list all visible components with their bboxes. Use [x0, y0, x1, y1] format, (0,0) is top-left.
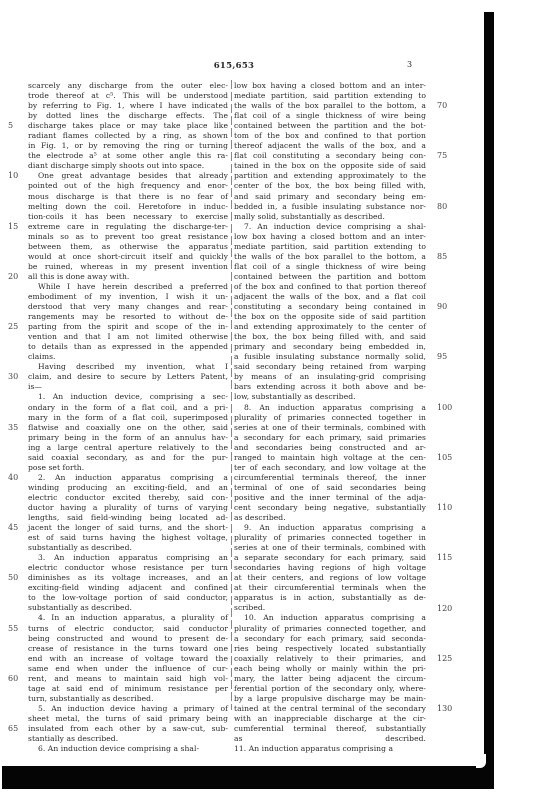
text-line: a separate secondary for each primary, s…: [234, 553, 426, 563]
text-line: electric conductor excited thereby, said…: [28, 493, 228, 503]
text-line: ing a large central aperture relatively …: [28, 443, 228, 453]
text-line: ter of each secondary, and low voltage a…: [234, 463, 426, 473]
text-line: primary being in the form of an annulus …: [28, 433, 228, 443]
text-line: melting down the coil. Heretofore in ind…: [28, 202, 228, 212]
text-line: flat coil of a single thickness of wire …: [234, 262, 426, 272]
text-line: at their centers, and regions of low vol…: [234, 573, 426, 583]
text-line: low box having a closed bottom and an in…: [234, 232, 426, 242]
text-line: the electrode a⁵ at some other angle thi…: [28, 151, 228, 161]
text-line: 1. An induction device, comprising a sec…: [28, 392, 228, 402]
margin-line-number: 60: [8, 674, 18, 683]
text-line: and extending approximately to the cente…: [234, 322, 426, 332]
text-line: by dotted lines the discharge effects. T…: [28, 111, 228, 121]
text-line: is—: [28, 382, 228, 392]
margin-line-number: 115: [437, 553, 452, 562]
text-line: contained between the partition and the …: [234, 121, 426, 131]
text-line: 4. In an induction apparatus, a pluralit…: [28, 613, 228, 623]
text-line: in Fig. 1, or by removing the ring or tu…: [28, 141, 228, 151]
text-line: adjacent the walls of the box, and a fla…: [234, 292, 426, 302]
text-line: 2. An induction apparatus comprising a: [28, 473, 228, 483]
text-line: tained at the central terminal of the se…: [234, 704, 426, 714]
text-line: While I have herein described a preferre…: [28, 282, 228, 292]
text-line: mary, the latter being adjacent the circ…: [234, 674, 426, 684]
text-line: discharge takes place or may take place …: [28, 121, 228, 131]
text-line: ries being respectively located substant…: [234, 644, 426, 654]
text-line: bars extending across it both above and …: [234, 382, 426, 392]
text-line: 11. An induction apparatus comprising a: [234, 744, 426, 754]
margin-line-number: 50: [8, 573, 18, 582]
text-line: a fusible insulating substance normally …: [234, 352, 426, 362]
text-line: ferential portion of the secondary only,…: [234, 684, 426, 694]
text-line: flatwise and coaxially one on the other,…: [28, 423, 228, 433]
text-line: the box on the opposite side of said par…: [234, 312, 426, 322]
text-line: the box, the box being filled with, and …: [234, 332, 426, 342]
left-text-column: scarcely any discharge from the outer el…: [28, 81, 228, 754]
text-line: 6. An induction device comprising a shal…: [28, 744, 228, 754]
text-line: est of said turns having the highest vol…: [28, 533, 228, 543]
text-line: being constructed and wound to present d…: [28, 634, 228, 644]
text-line: scribed.: [234, 603, 426, 613]
text-line: rangements may be resorted to without de…: [28, 312, 228, 322]
margin-line-number: 110: [437, 503, 452, 512]
margin-line-number: 100: [437, 403, 452, 412]
text-line: all this is done away with.: [28, 272, 228, 282]
text-line: substantially as described.: [28, 543, 228, 553]
margin-line-number: 25: [8, 322, 18, 331]
margin-line-number: 10: [8, 171, 18, 180]
text-line: partition and extending approximately to…: [234, 171, 426, 181]
text-line: vention and that I am not limited otherw…: [28, 332, 228, 342]
text-line: exciting-field winding adjacent and conf…: [28, 583, 228, 593]
text-line: sheet metal, the turns of said primary b…: [28, 714, 228, 724]
text-line: radiant flames collected by a ring, as s…: [28, 131, 228, 141]
text-line: the walls of the box parallel to the bot…: [234, 101, 426, 111]
scan-border-bottom: [2, 766, 494, 789]
text-line: low box having a closed bottom and an in…: [234, 81, 426, 91]
text-line: with an inappreciable discharge at the c…: [234, 714, 426, 724]
text-line: turns of electric conductor, said conduc…: [28, 624, 228, 634]
margin-line-number: 120: [437, 604, 452, 613]
text-line: cumferential terminal thereof, substanti…: [234, 724, 426, 734]
text-line: 7. An induction device comprising a shal…: [234, 222, 426, 232]
text-line: tained in the box on the opposite side o…: [234, 161, 426, 171]
margin-line-number: 125: [437, 654, 452, 663]
text-line: plurality of primaries connected togethe…: [234, 624, 426, 634]
text-line: 8. An induction apparatus comprising a: [234, 403, 426, 413]
margin-line-number: 5: [8, 121, 13, 130]
text-line: secondaries having regions of high volta…: [234, 563, 426, 573]
text-line: 3. An induction apparatus comprising an: [28, 553, 228, 563]
text-line: derstood that very many changes and rear…: [28, 302, 228, 312]
text-line: turn, substantially as described.: [28, 694, 228, 704]
text-line: low, substantially as described.: [234, 392, 426, 402]
text-line: each being wholly or mainly within the p…: [234, 664, 426, 674]
text-line: circumferential terminals thereof, the i…: [234, 473, 426, 483]
text-line: scarcely any discharge from the outer el…: [28, 81, 228, 91]
text-line: the walls of the box parallel to the bot…: [234, 252, 426, 262]
margin-line-number: 20: [8, 272, 18, 281]
text-line: One great advantage besides that already: [28, 171, 228, 181]
right-text-column: low box having a closed bottom and an in…: [234, 81, 426, 754]
page-corner: [476, 754, 486, 768]
patent-number: 615,653: [204, 61, 264, 71]
text-line: 9. An induction apparatus comprising a: [234, 523, 426, 533]
text-line: as described.: [234, 513, 426, 523]
text-line: thereof adjacent the walls of the box, a…: [234, 141, 426, 151]
text-line: lengths, said field-winding being locate…: [28, 513, 228, 523]
text-line: a secondary for each primary, said prima…: [234, 433, 426, 443]
margin-line-number: 105: [437, 453, 452, 462]
text-line: pointed out of the high frequency and en…: [28, 181, 228, 191]
margin-line-number: 90: [437, 302, 447, 311]
text-line: plurality of primaries connected togethe…: [234, 533, 426, 543]
text-line: insulated from each other by a saw-cut, …: [28, 724, 228, 734]
text-line: of the box and confined to that portion …: [234, 282, 426, 292]
text-line: ranged to maintain high voltage at the c…: [234, 453, 426, 463]
margin-line-number: 40: [8, 473, 18, 482]
text-line: trode thereof at c⁵. This will be unders…: [28, 91, 228, 101]
margin-line-number: 45: [8, 523, 18, 532]
text-line: flat coil constituting a secondary being…: [234, 151, 426, 161]
text-line: crease of resistance in the turns toward…: [28, 644, 228, 654]
text-line: mous discharge is that there is no fear …: [28, 192, 228, 202]
text-line: center of the box, the box being filled …: [234, 181, 426, 191]
text-line: primary and secondary being embedded in,: [234, 342, 426, 352]
text-line: mediate partition, said partition extend…: [234, 91, 426, 101]
text-line: diant discharge simply shoots out into s…: [28, 161, 228, 171]
text-line: and secondaries being constructed and ar…: [234, 443, 426, 453]
margin-line-number: 30: [8, 372, 18, 381]
column-divider: [231, 80, 232, 710]
text-line: electric conductor whose resistance per …: [28, 563, 228, 573]
text-line: 5. An induction device having a primary …: [28, 704, 228, 714]
text-line: ductor having a plurality of turns of va…: [28, 503, 228, 513]
text-line: terminal of one of said secondaries bein…: [234, 483, 426, 493]
text-line: by referring to Fig. 1, where I have ind…: [28, 101, 228, 111]
margin-line-number: 80: [437, 202, 447, 211]
text-line: contained between the partition and bott…: [234, 272, 426, 282]
text-line: pose set forth.: [28, 463, 228, 473]
margin-line-number: 75: [437, 151, 447, 160]
patent-page: 615,653 3 scarcely any discharge from th…: [0, 0, 545, 800]
text-line: mally solid, substantially as described.: [234, 212, 426, 222]
text-line: to the low-voltage portion of said condu…: [28, 593, 228, 603]
text-line: mediate partition, said partition extend…: [234, 242, 426, 252]
text-line: and said primary and secondary being em-: [234, 192, 426, 202]
text-line: jacent the longer of said turns, and the…: [28, 523, 228, 533]
text-line: winding producing an exciting-field, and…: [28, 483, 228, 493]
text-line: a secondary for each primary, said secon…: [234, 634, 426, 644]
text-line: same end when under the influence of cur…: [28, 664, 228, 674]
text-line: tage at said end of minimum resistance p…: [28, 684, 228, 694]
margin-line-number: 55: [8, 624, 18, 633]
text-line: positive and the inner terminal of the a…: [234, 493, 426, 503]
text-line: to details than as expressed in the appe…: [28, 342, 228, 352]
text-line: 10. An induction apparatus comprising a: [234, 613, 426, 623]
margin-line-number: 15: [8, 222, 18, 231]
text-line: said secondary being retained from warpi…: [234, 362, 426, 372]
text-line: diminishes as its voltage increases, and…: [28, 573, 228, 583]
text-line: embodiment of my invention, I wish it un…: [28, 292, 228, 302]
text-line: parting from the spirit and scope of the…: [28, 322, 228, 332]
text-line: substantially as described.: [28, 603, 228, 613]
text-line: constituting a secondary being contained…: [234, 302, 426, 312]
text-line: between them, as otherwise the apparatus: [28, 242, 228, 252]
text-line: claim, and desire to secure by Letters P…: [28, 372, 228, 382]
text-line: stantially as described.: [28, 734, 228, 744]
text-line: plurality of primaries connected togethe…: [234, 413, 426, 423]
text-line: mary in the form of a flat coil, superim…: [28, 413, 228, 423]
text-line: coaxially relatively to their primaries,…: [234, 654, 426, 664]
text-line: extreme care in regulating the discharge…: [28, 222, 228, 232]
text-line: tom of the box and confined to that port…: [234, 131, 426, 141]
text-line: at their circumferential terminals when …: [234, 583, 426, 593]
page-number: 3: [407, 60, 412, 69]
text-line: cent secondary being negative, substanti…: [234, 503, 426, 513]
text-line: rent, and means to maintain said high vo…: [28, 674, 228, 684]
text-line: series at one of their terminals, combin…: [234, 543, 426, 553]
margin-line-number: 85: [437, 252, 447, 261]
text-line: bedded in, a fusible insulating substanc…: [234, 202, 426, 212]
text-line: by means of an insulating-grid comprisin…: [234, 372, 426, 382]
text-line: Having described my invention, what I: [28, 362, 228, 372]
text-line: would at once short-circuit itself and q…: [28, 252, 228, 262]
margin-line-number: 95: [437, 352, 447, 361]
text-line: series at one of their terminals, combin…: [234, 423, 426, 433]
margin-line-number: 65: [8, 724, 18, 733]
margin-line-number: 70: [437, 101, 447, 110]
text-line: claims.: [28, 352, 228, 362]
text-line: end with an increase of voltage toward t…: [28, 654, 228, 664]
margin-line-number: 35: [8, 423, 18, 432]
text-line: apparatus is in action, substantially as…: [234, 593, 426, 603]
text-line: flat coil of a single thickness of wire …: [234, 111, 426, 121]
text-line: ondary in the form of a flat coil, and a…: [28, 403, 228, 413]
text-line: tion-coils it has been necessary to exer…: [28, 212, 228, 222]
text-line: by a large propulsive discharge may be m…: [234, 694, 426, 704]
text-line: minals so as to prevent too great resist…: [28, 232, 228, 242]
text-line: said coaxial secondary, as and for the p…: [28, 453, 228, 463]
scan-border-right: [484, 12, 494, 789]
text-line: as described.: [234, 734, 426, 744]
text-line: be ruined, whereas in my present inventi…: [28, 262, 228, 272]
margin-line-number: 130: [437, 704, 452, 713]
